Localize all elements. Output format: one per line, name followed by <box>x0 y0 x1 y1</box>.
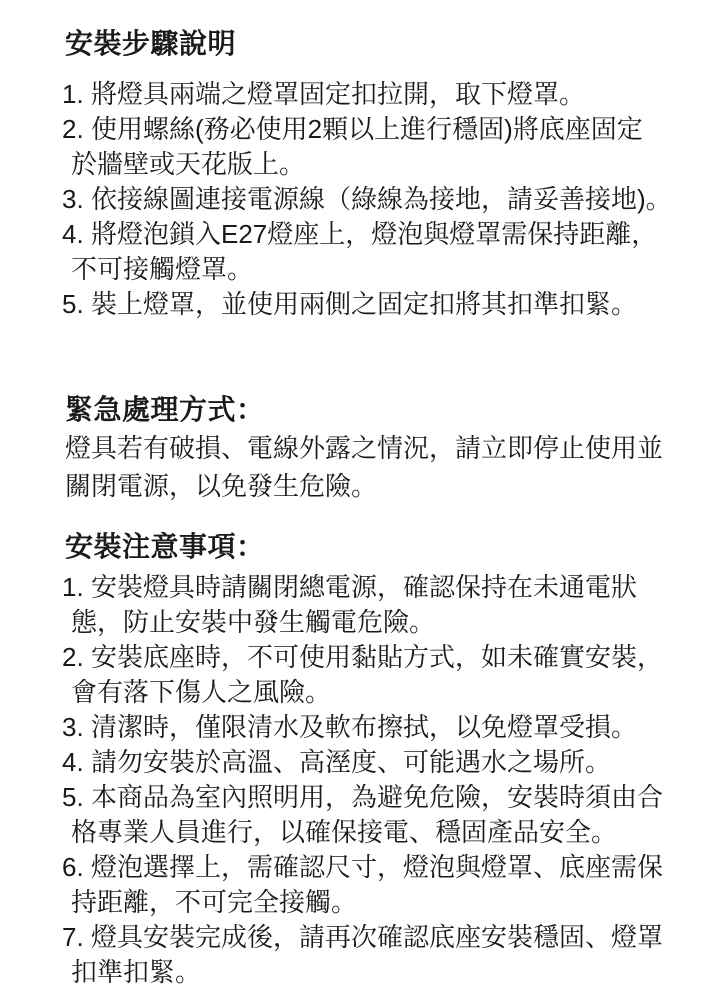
section-emergency-handling: 緊急處理方式： 燈具若有破損、電線外露之情況，請立即停止使用並 關閉電源，以免發… <box>62 392 709 505</box>
list-item: 3. 依接線圖連接電源線（綠線為接地，請妥善接地)。 <box>62 182 709 217</box>
list-item: 7. 燈具安裝完成後，請再次確認底座安裝穩固、燈罩 扣準扣緊。 <box>62 920 709 990</box>
list-item: 1. 安裝燈具時請關閉總電源，確認保持在未通電狀 態，防止安裝中發生觸電危險。 <box>62 570 709 640</box>
list-item-number: 1. <box>62 77 91 112</box>
section-heading-installation-precautions: 安裝注意事項： <box>65 529 709 565</box>
list-item-text: 本商品為室內照明用，為避免危險，安裝時須由合 格專業人員進行，以確保接電、穩固產… <box>91 780 709 850</box>
list-item-number: 7. <box>62 920 91 955</box>
list-item-text: 請勿安裝於高溫、高溼度、可能遇水之場所。 <box>91 745 709 780</box>
section-heading-emergency-handling: 緊急處理方式： <box>65 392 709 428</box>
list-item-number: 3. <box>62 182 91 217</box>
list-item-text: 將燈泡鎖入E27燈座上，燈泡與燈罩需保持距離， 不可接觸燈罩。 <box>91 217 709 287</box>
list-item: 2. 安裝底座時，不可使用黏貼方式，如未確實安裝， 會有落下傷人之風險。 <box>62 640 709 710</box>
list-item-text: 安裝燈具時請關閉總電源，確認保持在未通電狀 態，防止安裝中發生觸電危險。 <box>91 570 709 640</box>
list-item-text: 安裝底座時，不可使用黏貼方式，如未確實安裝， 會有落下傷人之風險。 <box>91 640 709 710</box>
list-item-number: 4. <box>62 745 91 780</box>
section-installation-steps: 安裝步驟說明 1. 將燈具兩端之燈罩固定扣拉開，取下燈罩。 2. 使用螺絲(務必… <box>62 26 709 322</box>
list-item: 5. 裝上燈罩，並使用兩側之固定扣將其扣準扣緊。 <box>62 287 709 322</box>
list-item-text: 使用螺絲(務必使用2顆以上進行穩固)將底座固定 於牆壁或天花版上。 <box>91 112 709 182</box>
list-item: 3. 清潔時，僅限清水及軟布擦拭，以免燈罩受損。 <box>62 710 709 745</box>
list-item-number: 3. <box>62 710 91 745</box>
list-item: 5. 本商品為室內照明用，為避免危險，安裝時須由合 格專業人員進行，以確保接電、… <box>62 780 709 850</box>
list-item-number: 2. <box>62 112 91 147</box>
list-item: 2. 使用螺絲(務必使用2顆以上進行穩固)將底座固定 於牆壁或天花版上。 <box>62 112 709 182</box>
list-item-number: 1. <box>62 570 91 605</box>
list-item-text: 將燈具兩端之燈罩固定扣拉開，取下燈罩。 <box>91 77 709 112</box>
list-item-number: 5. <box>62 780 91 815</box>
list-item-number: 2. <box>62 640 91 675</box>
list-item-text: 燈具安裝完成後，請再次確認底座安裝穩固、燈罩 扣準扣緊。 <box>91 920 709 990</box>
installation-instructions-document: 安裝步驟說明 1. 將燈具兩端之燈罩固定扣拉開，取下燈罩。 2. 使用螺絲(務必… <box>0 0 727 990</box>
emergency-paragraph: 燈具若有破損、電線外露之情況，請立即停止使用並 關閉電源，以免發生危險。 <box>65 429 709 505</box>
list-item-number: 6. <box>62 850 91 885</box>
list-item-number: 4. <box>62 217 91 252</box>
list-item-text: 依接線圖連接電源線（綠線為接地，請妥善接地)。 <box>91 182 709 217</box>
list-item: 1. 將燈具兩端之燈罩固定扣拉開，取下燈罩。 <box>62 77 709 112</box>
list-item: 4. 將燈泡鎖入E27燈座上，燈泡與燈罩需保持距離， 不可接觸燈罩。 <box>62 217 709 287</box>
list-item-text: 清潔時，僅限清水及軟布擦拭，以免燈罩受損。 <box>91 710 709 745</box>
section-installation-precautions: 安裝注意事項： 1. 安裝燈具時請關閉總電源，確認保持在未通電狀 態，防止安裝中… <box>62 529 709 990</box>
list-item: 4. 請勿安裝於高溫、高溼度、可能遇水之場所。 <box>62 745 709 780</box>
list-item-number: 5. <box>62 287 91 322</box>
list-item-text: 裝上燈罩，並使用兩側之固定扣將其扣準扣緊。 <box>91 287 709 322</box>
section-heading-installation-steps: 安裝步驟說明 <box>65 26 709 62</box>
installation-steps-list: 1. 將燈具兩端之燈罩固定扣拉開，取下燈罩。 2. 使用螺絲(務必使用2顆以上進… <box>62 77 709 322</box>
document-page: { "page": { "background": "#ffffff", "te… <box>0 0 727 1000</box>
list-item: 6. 燈泡選擇上，需確認尺寸，燈泡與燈罩、底座需保 持距離，不可完全接觸。 <box>62 850 709 920</box>
list-item-text: 燈泡選擇上，需確認尺寸，燈泡與燈罩、底座需保 持距離，不可完全接觸。 <box>91 850 709 920</box>
installation-precautions-list: 1. 安裝燈具時請關閉總電源，確認保持在未通電狀 態，防止安裝中發生觸電危險。 … <box>62 570 709 990</box>
